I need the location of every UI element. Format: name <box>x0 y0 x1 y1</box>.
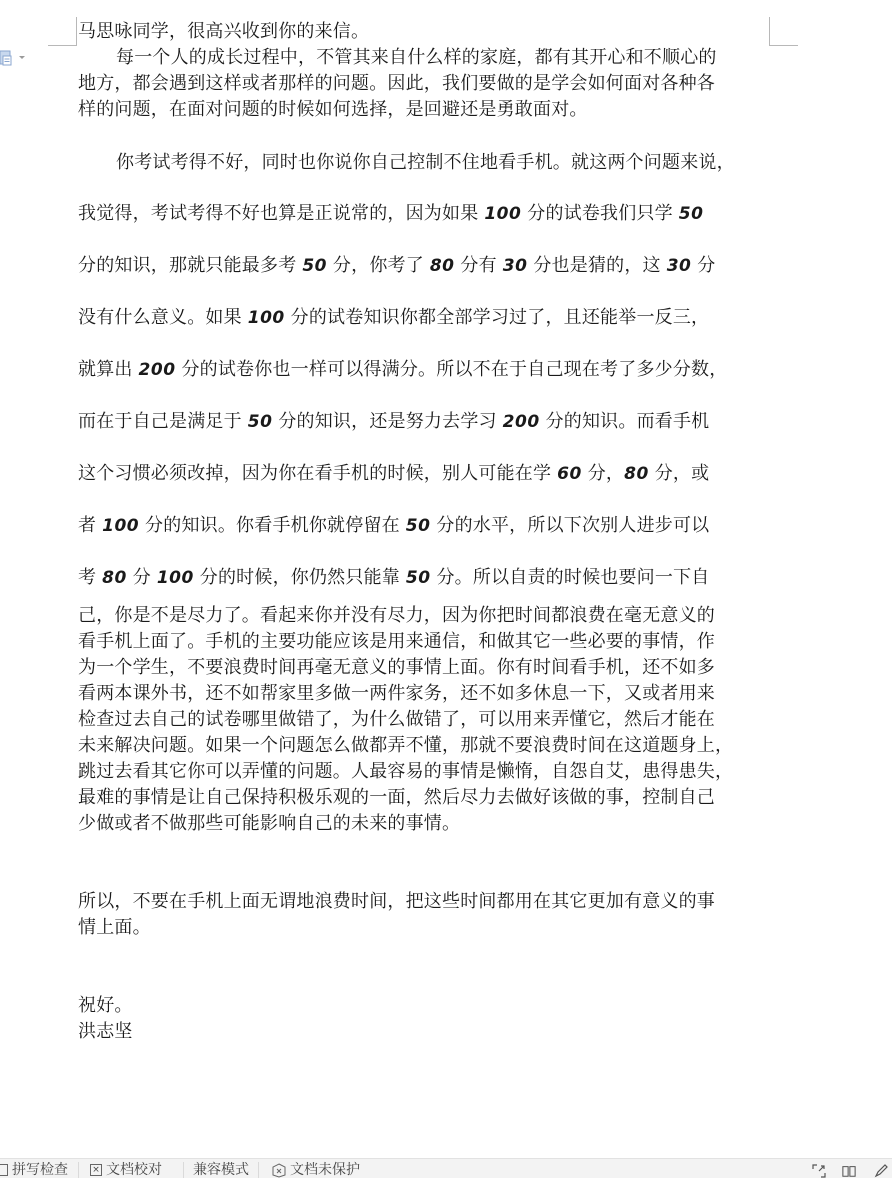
text-line[interactable]: 看两本课外书，还不如帮家里多做一两件家务，还不如多休息一下，又或者用来 <box>78 682 715 706</box>
text-line[interactable]: 每一个人的成长过程中，不管其来自什么样的家庭，都有其开心和不顺心的 <box>78 46 717 70</box>
body-text: 马思咏同学，很高兴收到你的来信。 <box>78 21 369 42</box>
doc-proofread-button[interactable]: × 文档校对 <box>90 1161 162 1178</box>
body-text: 每一个人的成长过程中，不管其来自什么样的家庭，都有其开心和不顺心的 <box>116 47 717 68</box>
body-text: 分的试卷你也一样可以得满分。所以不在于自己现在考了多少分数， <box>176 359 728 380</box>
doc-proofread-label: 文档校对 <box>106 1161 162 1178</box>
number-text: 100 <box>484 204 521 224</box>
reading-mode-icon[interactable] <box>842 1164 856 1178</box>
body-text: 最难的事情是让自己保持积极乐观的一面，然后尽力去做好该做的事，控制自己 <box>78 787 715 808</box>
body-text: 考 <box>78 567 102 588</box>
text-line[interactable]: 分的知识，那就只能最多考 50 分，你考了 80 分有 30 分也是猜的，这 3… <box>78 254 715 278</box>
body-text: 分的时候，你仍然只能靠 <box>194 567 406 588</box>
body-text: 分，你考了 <box>327 255 430 276</box>
body-text: 就算出 <box>78 359 139 380</box>
number-text: 100 <box>102 516 139 536</box>
number-text: 50 <box>406 516 431 536</box>
body-text: 己，你是不是尽力了。看起来你并没有尽力，因为你把时间都浪费在毫无意义的 <box>78 605 715 626</box>
text-line[interactable]: 少做或者不做那些可能影响自己的未来的事情。 <box>78 812 460 836</box>
status-bar: 拼写检查 × 文档校对 兼容模式 文档未保护 <box>0 1158 892 1178</box>
text-line[interactable]: 最难的事情是让自己保持积极乐观的一面，然后尽力去做好该做的事，控制自己 <box>78 786 715 810</box>
compat-mode-label: 兼容模式 <box>193 1161 249 1178</box>
body-text: 祝好。 <box>78 995 133 1016</box>
body-text: 分的知识，那就只能最多考 <box>78 255 302 276</box>
body-text: 看两本课外书，还不如帮家里多做一两件家务，还不如多休息一下，又或者用来 <box>78 683 715 704</box>
number-text: 30 <box>503 256 528 276</box>
doc-unprotected-label: 文档未保护 <box>290 1161 360 1178</box>
number-text: 50 <box>248 412 273 432</box>
number-text: 60 <box>557 464 582 484</box>
text-line[interactable]: 所以，不要在手机上面无谓地浪费时间，把这些时间都用在其它更加有意义的事 <box>78 890 715 914</box>
body-text: 分有 <box>455 255 503 276</box>
number-text: 50 <box>406 568 431 588</box>
page-margin-corner-top-left <box>48 17 77 46</box>
body-text: 洪志坚 <box>78 1021 133 1042</box>
text-line[interactable]: 没有什么意义。如果 100 分的试卷知识你都全部学习过了，且还能举一反三， <box>78 306 709 330</box>
text-line[interactable]: 样的问题，在面对问题的时候如何选择，是回避还是勇敢面对。 <box>78 98 588 122</box>
text-line[interactable]: 考 80 分 100 分的时候，你仍然只能靠 50 分。所以自责的时候也要问一下… <box>78 566 709 590</box>
body-text: 情上面。 <box>78 917 151 938</box>
text-line[interactable]: 而在于自己是满足于 50 分的知识，还是努力去学习 200 分的知识。而看手机 <box>78 410 709 434</box>
doc-protection-button[interactable]: 文档未保护 <box>272 1161 360 1178</box>
number-text: 80 <box>102 568 127 588</box>
text-line[interactable]: 看手机上面了。手机的主要功能应该是用来通信，和做其它一些必要的事情，作 <box>78 630 715 654</box>
number-text: 100 <box>248 308 285 328</box>
text-line[interactable]: 这个习惯必须改掉，因为你在看手机的时候，别人可能在学 60 分，80 分，或 <box>78 462 709 486</box>
text-line[interactable]: 地方，都会遇到这样或者那样的问题。因此，我们要做的是学会如何面对各种各 <box>78 72 715 96</box>
number-text: 200 <box>139 360 176 380</box>
text-line[interactable]: 我觉得，考试考得不好也算是正说常的，因为如果 100 分的试卷我们只学 50 <box>78 202 703 226</box>
status-divider <box>78 1162 79 1178</box>
status-divider <box>258 1162 259 1178</box>
body-text: 样的问题，在面对问题的时候如何选择，是回避还是勇敢面对。 <box>78 99 588 120</box>
page-margin-corner-top-right <box>769 17 798 46</box>
pen-icon[interactable] <box>874 1164 888 1178</box>
body-text: 分的知识，还是努力去学习 <box>272 411 502 432</box>
paste-options-icon[interactable] <box>0 50 12 66</box>
body-text: 所以，不要在手机上面无谓地浪费时间，把这些时间都用在其它更加有意义的事 <box>78 891 715 912</box>
number-text: 80 <box>624 464 649 484</box>
text-line[interactable]: 就算出 200 分的试卷你也一样可以得满分。所以不在于自己现在考了多少分数， <box>78 358 727 382</box>
status-divider <box>183 1162 184 1178</box>
text-line[interactable]: 者 100 分的知识。你看手机你就停留在 50 分的水平，所以下次别人进步可以 <box>78 514 709 538</box>
text-line[interactable]: 跳过去看其它你可以弄懂的问题。人最容易的事情是懒惰，自怨自艾，患得患失， <box>78 760 733 784</box>
text-line[interactable]: 你考试考得不好，同时也你说你自己控制不住地看手机。就这两个问题来说， <box>78 151 735 175</box>
body-text: 跳过去看其它你可以弄懂的问题。人最容易的事情是懒惰，自怨自艾，患得患失， <box>78 761 733 782</box>
body-text: 检查过去自己的试卷哪里做错了，为什么做错了，可以用来弄懂它，然后才能在 <box>78 709 715 730</box>
document-page[interactable]: 马思咏同学，很高兴收到你的来信。每一个人的成长过程中，不管其来自什么样的家庭，都… <box>0 0 892 1158</box>
text-line[interactable]: 祝好。 <box>78 994 133 1018</box>
body-text: 分的知识。你看手机你就停留在 <box>139 515 406 536</box>
number-text: 100 <box>157 568 194 588</box>
paste-options-dropdown-icon[interactable] <box>19 56 25 59</box>
body-text: 你考试考得不好，同时也你说你自己控制不住地看手机。就这两个问题来说， <box>116 152 735 173</box>
shield-x-icon <box>272 1163 286 1178</box>
body-text: 而在于自己是满足于 <box>78 411 248 432</box>
body-text: 地方，都会遇到这样或者那样的问题。因此，我们要做的是学会如何面对各种各 <box>78 73 715 94</box>
text-line[interactable]: 未来解决问题。如果一个问题怎么做都弄不懂，那就不要浪费时间在这道题身上， <box>78 734 733 758</box>
body-text: 分 <box>691 255 715 276</box>
text-line[interactable]: 情上面。 <box>78 916 151 940</box>
body-text: 分， <box>582 463 624 484</box>
text-line[interactable]: 洪志坚 <box>78 1020 133 1044</box>
text-line[interactable]: 马思咏同学，很高兴收到你的来信。 <box>78 20 369 44</box>
spell-check-label: 拼写检查 <box>12 1161 68 1178</box>
fullscreen-icon[interactable] <box>812 1164 826 1178</box>
text-line[interactable]: 己，你是不是尽力了。看起来你并没有尽力，因为你把时间都浪费在毫无意义的 <box>78 604 715 628</box>
number-text: 200 <box>503 412 540 432</box>
body-text: 分的试卷知识你都全部学习过了，且还能举一反三， <box>285 307 710 328</box>
body-text: 分的试卷我们只学 <box>521 203 678 224</box>
body-text: 分 <box>127 567 157 588</box>
number-text: 50 <box>679 204 704 224</box>
body-text: 少做或者不做那些可能影响自己的未来的事情。 <box>78 813 460 834</box>
body-text: 分的知识。而看手机 <box>540 411 710 432</box>
body-text: 未来解决问题。如果一个问题怎么做都弄不懂，那就不要浪费时间在这道题身上， <box>78 735 733 756</box>
body-text: 者 <box>78 515 102 536</box>
body-text: 分也是猜的，这 <box>527 255 666 276</box>
body-text: 没有什么意义。如果 <box>78 307 248 328</box>
body-text: 看手机上面了。手机的主要功能应该是用来通信，和做其它一些必要的事情，作 <box>78 631 715 652</box>
text-line[interactable]: 检查过去自己的试卷哪里做错了，为什么做错了，可以用来弄懂它，然后才能在 <box>78 708 715 732</box>
body-text: 为一个学生，不要浪费时间再毫无意义的事情上面。你有时间看手机，还不如多 <box>78 657 715 678</box>
compat-mode-indicator: 兼容模式 <box>193 1161 249 1178</box>
number-text: 30 <box>667 256 692 276</box>
body-text: 这个习惯必须改掉，因为你在看手机的时候，别人可能在学 <box>78 463 557 484</box>
body-text: 我觉得，考试考得不好也算是正说常的，因为如果 <box>78 203 484 224</box>
proofread-icon: × <box>90 1164 102 1176</box>
body-text: 分，或 <box>649 463 710 484</box>
number-text: 50 <box>302 256 327 276</box>
number-text: 80 <box>430 256 455 276</box>
spell-check-icon <box>0 1164 8 1176</box>
spell-check-button[interactable]: 拼写检查 <box>0 1161 68 1178</box>
text-line[interactable]: 为一个学生，不要浪费时间再毫无意义的事情上面。你有时间看手机，还不如多 <box>78 656 715 680</box>
body-text: 分。所以自责的时候也要问一下自 <box>431 567 710 588</box>
body-text: 分的水平，所以下次别人进步可以 <box>430 515 709 536</box>
